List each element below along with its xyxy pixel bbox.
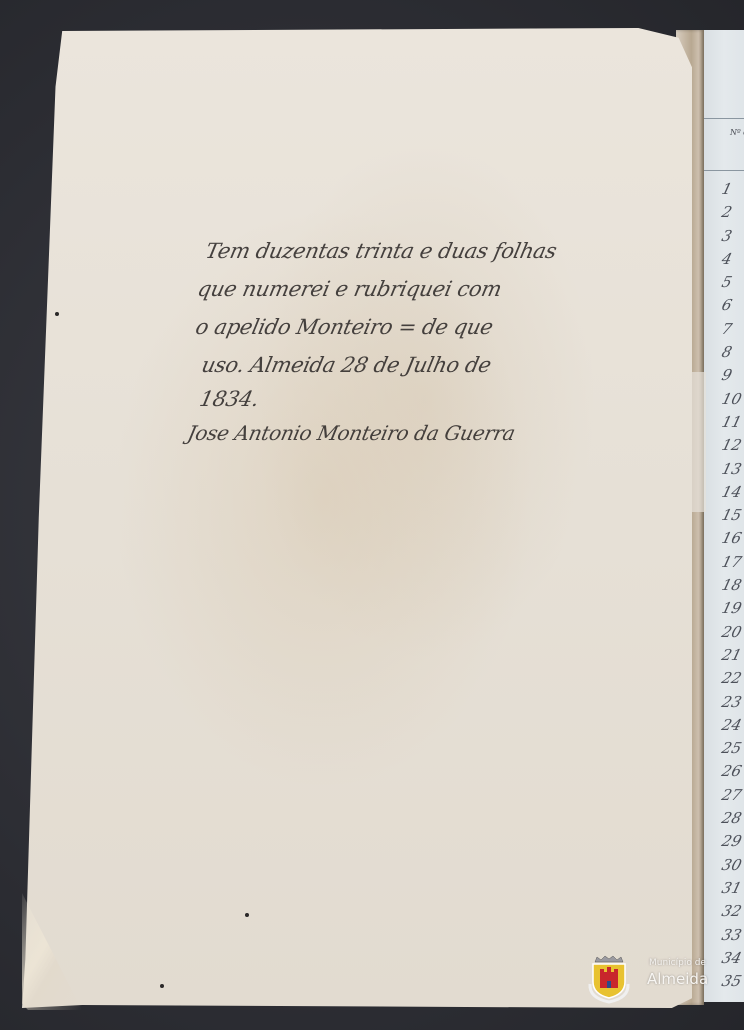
municipal-crest-icon [587,954,631,1004]
handwriting-line: o apelido Monteiro = de que [192,308,612,346]
handwriting-date-year: 1834. [197,384,611,414]
watermark-municipality-label: Município de [649,958,706,968]
ledger-number: 3 [719,225,744,248]
ledger-number: 25 [719,737,744,760]
ledger-number: 31 [719,877,744,900]
ledger-number: 24 [719,714,744,737]
ledger-number: 27 [719,784,744,807]
ledger-number: 16 [719,527,744,550]
ledger-number: 14 [719,481,744,504]
ledger-number: 28 [719,807,744,830]
ledger-number: 5 [719,271,744,294]
ledger-number: 6 [719,294,744,317]
ledger-number: 2 [719,201,744,224]
handwriting-line: uso. Almeida 28 de Julho de [198,346,612,384]
ledger-number: 13 [719,458,744,481]
ledger-number: 8 [719,341,744,364]
ledger-number: 18 [719,574,744,597]
ledger-number: 17 [719,551,744,574]
ledger-number: 33 [719,924,744,947]
handwriting-line: que numerei e rubriquei com [194,270,612,308]
ink-spot [160,984,164,988]
ledger-number: 10 [719,388,744,411]
ledger-number: 23 [719,691,744,714]
ledger-number: 19 [719,597,744,620]
ledger-number: 30 [719,854,744,877]
ledger-number: 9 [719,364,744,387]
ledger-number: 21 [719,644,744,667]
facing-ledger-page: Nº d'ordem 1 2 3 4 5 6 7 8 9 10 11 12 13… [704,30,744,1002]
ledger-header: Nº d'ordem [730,128,744,137]
ink-spot [245,913,249,917]
ledger-rule [704,118,744,119]
watermark-town-name: Almeida [647,970,708,988]
handwriting-line: Tem duzentas trinta e duas folhas [202,232,612,270]
ledger-number: 4 [719,248,744,271]
ledger-number: 22 [719,667,744,690]
manuscript-page [22,28,692,1008]
ledger-number-column: 1 2 3 4 5 6 7 8 9 10 11 12 13 14 15 16 1… [722,178,744,993]
ledger-number: 1 [719,178,744,201]
municipal-watermark: Município de Almeida [585,952,744,1008]
ledger-number: 7 [719,318,744,341]
manuscript-photo: Nº d'ordem 1 2 3 4 5 6 7 8 9 10 11 12 13… [0,0,744,1030]
ledger-number: 32 [719,900,744,923]
ledger-number: 12 [719,434,744,457]
ink-spot [55,312,59,316]
ledger-number: 20 [719,621,744,644]
ledger-number: 29 [719,830,744,853]
signature: Jose Antonio Monteiro da Guerra [184,414,612,452]
ledger-number: 11 [719,411,744,434]
ledger-number: 15 [719,504,744,527]
ledger-number: 26 [719,760,744,783]
handwritten-note: Tem duzentas trinta e duas folhas que nu… [188,232,608,452]
ledger-rule [704,170,744,171]
